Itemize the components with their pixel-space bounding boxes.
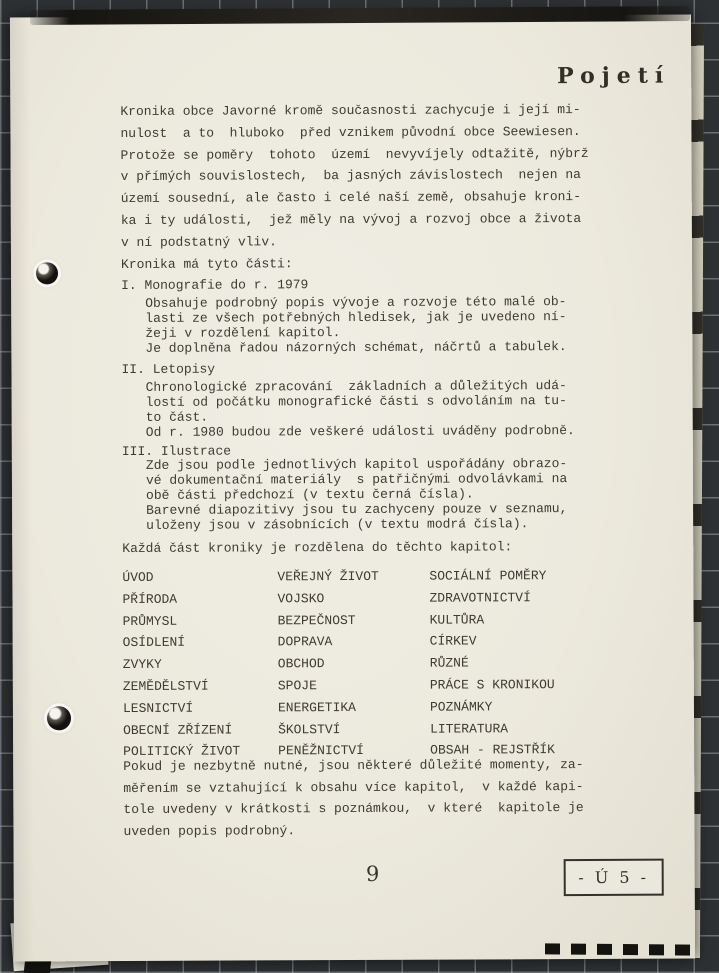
intro-line: v ní podstatný vliv. xyxy=(121,230,589,254)
chapter-item: PRŮMYSL xyxy=(123,610,240,632)
chapter-item: PRÁCE S KRONIKOU xyxy=(430,674,555,696)
chapter-item: ŠKOLSTVÍ xyxy=(278,718,380,740)
chapter-item: LESNICTVÍ xyxy=(123,697,240,719)
chapter-item: DOPRAVA xyxy=(278,631,380,653)
parts-heading: Kronika má tyto části: xyxy=(121,256,293,273)
closing-line: tole uvedeny v krátkosti s poznámkou, v … xyxy=(123,797,583,821)
section-1-body: Obsahuje podrobný popis vývoje a rozvoje… xyxy=(145,294,567,356)
section-2-line: lostí od počátku monografické části s od… xyxy=(146,393,575,410)
chapter-item: PŘÍRODA xyxy=(122,588,239,610)
intro-line: v přímých souvislostech, ba jasných závi… xyxy=(121,164,589,188)
punch-hole-top xyxy=(36,262,58,284)
chapters-column-1: ÚVOD PŘÍRODA PRŮMYSL OSÍDLENÍ ZVYKY ZEMĚ… xyxy=(122,566,240,763)
chapters-column-3: SOCIÁLNÍ POMĚRY ZDRAVOTNICTVÍ KULTŮRA CÍ… xyxy=(429,565,555,762)
intro-line: Protože se poměry tohoto území nevyvíjel… xyxy=(120,143,588,167)
chapter-item: OBECNÍ ZŘÍZENÍ xyxy=(123,719,240,741)
section-1-line: lasti ze všech potřebných hledisek, jak … xyxy=(145,309,566,326)
page-sheet: Pojetí Kronika obce Javorné kromě součas… xyxy=(10,15,695,962)
chapter-item: KULTŮRA xyxy=(430,609,555,631)
chapter-item: ENERGETIKA xyxy=(278,697,380,719)
intro-line: území sousední, ale často i celé naší ze… xyxy=(121,186,589,210)
chapter-item: SPOJE xyxy=(278,675,380,697)
chapter-item: CÍRKEV xyxy=(430,631,555,653)
scan-background: Pojetí Kronika obce Javorné kromě součas… xyxy=(0,0,719,973)
closing-line: uveden popis podrobný. xyxy=(123,819,583,843)
chapter-item: ZVYKY xyxy=(123,654,240,676)
archive-stamp-label: - Ú 5 - xyxy=(578,868,649,887)
chapter-item: SOCIÁLNÍ POMĚRY xyxy=(429,565,554,587)
section-2-title: II. Letopisy xyxy=(121,362,215,378)
chapter-item: OSÍDLENÍ xyxy=(123,632,240,654)
intro-line: ka i ty události, jež měly na vývoj a ro… xyxy=(121,208,589,232)
section-2-body: Chronologické zpracování základních a dů… xyxy=(146,378,575,440)
page-title: Pojetí xyxy=(440,63,670,90)
chapter-item: POZNÁMKY xyxy=(430,696,555,718)
archive-stamp: - Ú 5 - xyxy=(564,859,664,896)
chapter-item: VOJSKO xyxy=(277,588,379,610)
chapter-item: VEŘEJNÝ ŽIVOT xyxy=(277,566,379,588)
chapter-item: BEZPEČNOST xyxy=(278,609,380,631)
section-1-line: Je doplněna řadou názorných schémat, náč… xyxy=(145,339,566,356)
chapter-item: LITERATURA xyxy=(430,718,555,740)
chapter-item: OBCHOD xyxy=(278,653,380,675)
chapter-item: ÚVOD xyxy=(122,566,239,588)
intro-line: nulost a to hluboko před vznikem původní… xyxy=(120,121,588,145)
chapters-list: ÚVOD PŘÍRODA PRŮMYSL OSÍDLENÍ ZVYKY ZEMĚ… xyxy=(12,565,693,568)
intro-paragraph: Kronika obce Javorné kromě současnosti z… xyxy=(120,99,589,254)
page-stack-bottom-edge xyxy=(545,943,695,955)
section-1-title: I. Monografie do r. 1979 xyxy=(121,277,308,294)
chapters-heading: Každá část kroniky je rozdělena do těcht… xyxy=(122,539,512,557)
page-number: 9 xyxy=(358,862,388,886)
chapter-item: ZEMĚDĚLSTVÍ xyxy=(123,675,240,697)
section-3-line: vé dokumentační materiály s patřičnými o… xyxy=(146,471,567,488)
closing-line: měřením se vztahující k obsahu více kapi… xyxy=(123,776,583,800)
closing-paragraph: Pokud je nezbytně nutné, jsou některé dů… xyxy=(123,754,584,842)
section-3-body: Zde jsou podle jednotlivých kapitol uspo… xyxy=(146,456,568,533)
intro-line: Kronika obce Javorné kromě současnosti z… xyxy=(120,99,588,123)
chapter-item: RŮZNÉ xyxy=(430,652,555,674)
chapter-item: ZDRAVOTNICTVÍ xyxy=(429,587,554,609)
chapters-column-2: VEŘEJNÝ ŽIVOT VOJSKO BEZPEČNOST DOPRAVA … xyxy=(277,566,379,763)
closing-line: Pokud je nezbytně nutné, jsou některé dů… xyxy=(123,754,583,778)
punch-hole-bottom xyxy=(47,706,71,730)
section-2-line: Od r. 1980 budou zde veškeré události uv… xyxy=(146,423,575,440)
section-3-line: uloženy jsou v zásobnících (v textu modr… xyxy=(146,516,567,533)
